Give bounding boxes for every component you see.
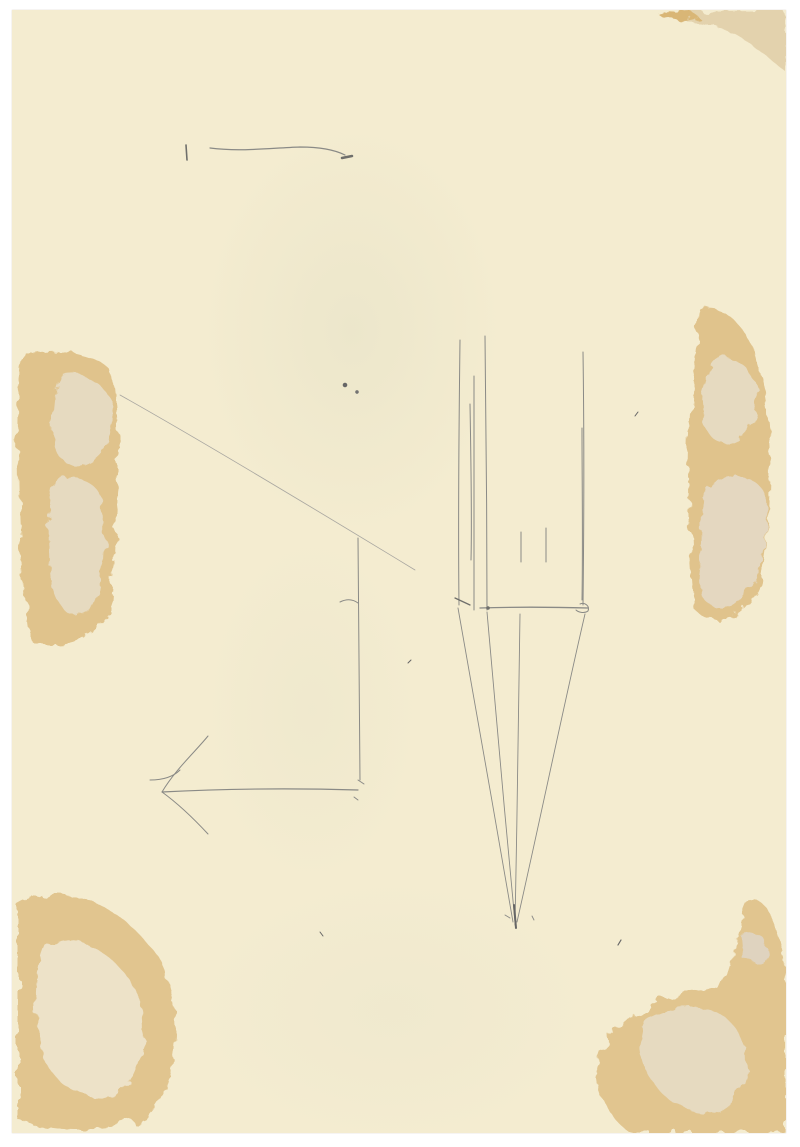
pencil-dots	[320, 383, 638, 945]
converging-lines	[458, 608, 585, 928]
left-angle-arrow	[150, 538, 364, 834]
column-lines	[459, 336, 584, 610]
top-short-stroke	[186, 145, 352, 160]
box-base	[455, 598, 588, 613]
pencil-sketch-layer	[12, 10, 786, 1133]
diagonal-line	[120, 395, 415, 570]
paper-sheet	[12, 10, 786, 1133]
inner-ticks	[521, 528, 546, 562]
